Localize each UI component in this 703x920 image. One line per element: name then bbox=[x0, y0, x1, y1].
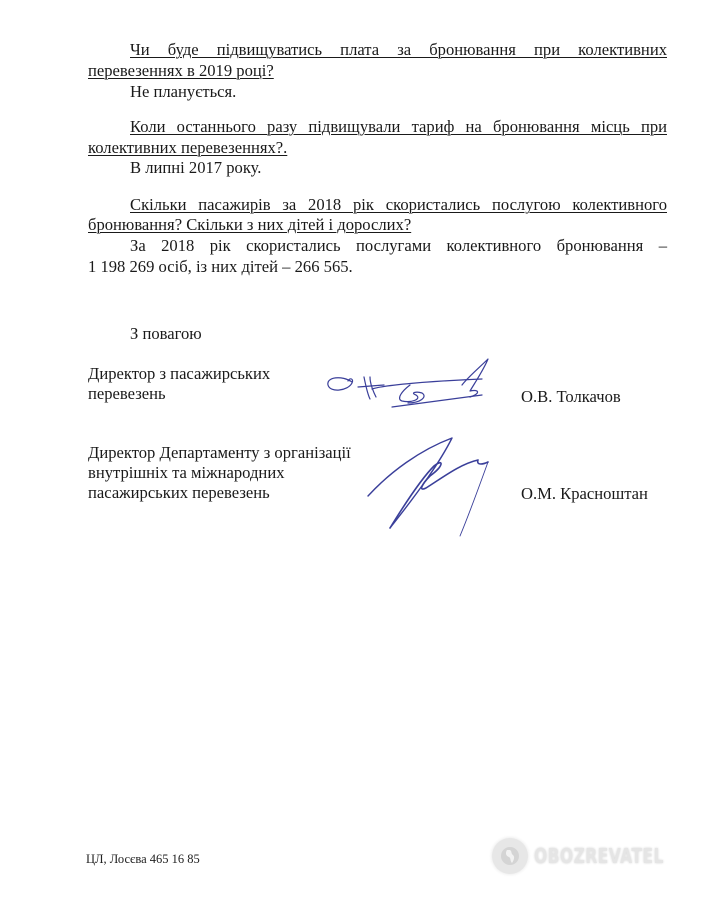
question-2-line-2: колективних перевезеннях?. bbox=[88, 138, 287, 158]
footer-contact-note: ЦЛ, Лосєва 465 16 85 bbox=[86, 851, 200, 867]
answer-1: Не планується. bbox=[130, 82, 236, 102]
globe-icon bbox=[492, 838, 528, 874]
signatory-2-title-line-2: внутрішніх та міжнародних bbox=[88, 463, 285, 483]
signatory-2-title-line-3: пасажирських перевезень bbox=[88, 483, 270, 503]
answer-3-line-1: За 2018 рік скористались послугами колек… bbox=[130, 236, 667, 256]
question-1-line-2: перевезеннях в 2019 році? bbox=[88, 61, 274, 81]
watermark: OBOZREVATEL bbox=[492, 838, 700, 874]
signatory-1-title-line-2: перевезень bbox=[88, 384, 166, 404]
question-3-line-1: Скільки пасажирів за 2018 рік скористали… bbox=[130, 195, 667, 215]
signature-1-icon bbox=[312, 355, 512, 415]
answer-2: В липні 2017 року. bbox=[130, 158, 261, 178]
question-3-line-2: бронювання? Скільки з них дітей і доросл… bbox=[88, 215, 411, 235]
question-2-line-1: Коли останнього разу підвищували тариф н… bbox=[130, 117, 667, 137]
signatory-2-title-line-1: Директор Департаменту з організації bbox=[88, 443, 351, 463]
signature-2-icon bbox=[360, 432, 510, 542]
signatory-1-name: О.В. Толкачов bbox=[521, 387, 621, 407]
signatory-2-name: О.М. Красноштан bbox=[521, 484, 648, 504]
watermark-text: OBOZREVATEL bbox=[534, 844, 664, 868]
answer-3-line-2: 1 198 269 осіб, із них дітей – 266 565. bbox=[88, 257, 353, 277]
document-page: Чи буде підвищуватись плата за бронюванн… bbox=[0, 0, 703, 920]
closing-text: З повагою bbox=[130, 324, 202, 344]
question-1-line-1: Чи буде підвищуватись плата за бронюванн… bbox=[130, 40, 667, 60]
signatory-1-title-line-1: Директор з пасажирських bbox=[88, 364, 270, 384]
